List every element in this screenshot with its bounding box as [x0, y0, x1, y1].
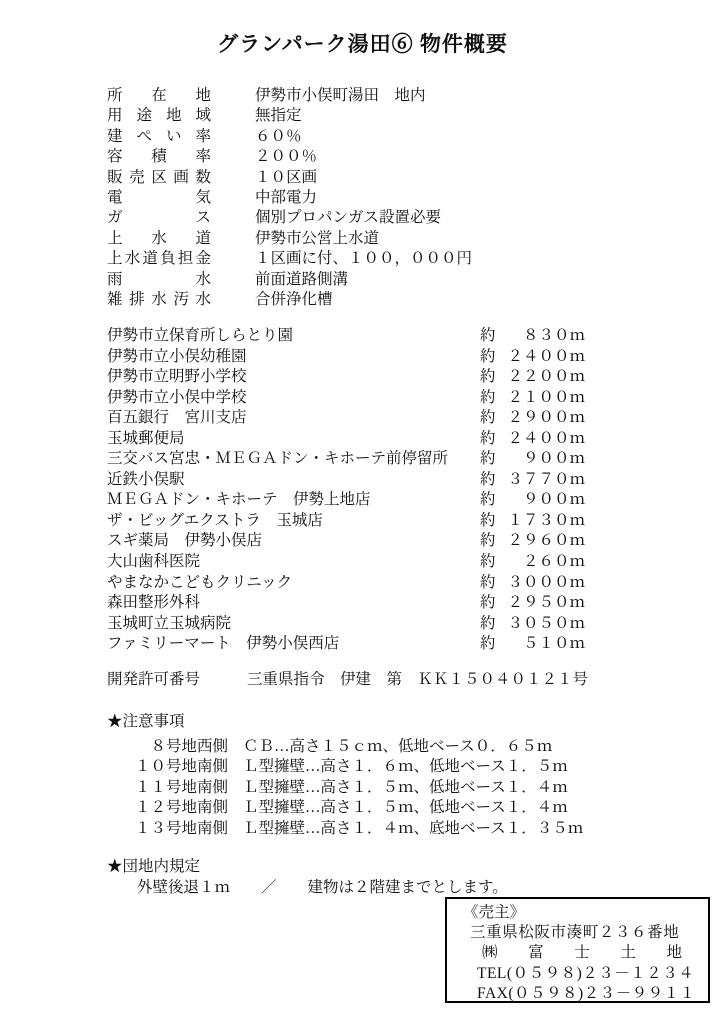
field-value: 伊勢市小俣町湯田 地内	[255, 86, 426, 106]
distance-approx-label: 約	[480, 388, 496, 409]
distance-approx-label: 約	[480, 408, 496, 429]
caution-plot: １２号地南側	[132, 798, 228, 819]
property-detail-row: 建ぺい率 ６０％	[107, 127, 472, 147]
field-value: 中部電力	[255, 188, 317, 208]
field-value: 無指定	[255, 106, 302, 126]
caution-plot: ８号地西側	[132, 737, 228, 758]
facility-name: 伊勢市立小俣中学校	[107, 388, 480, 409]
nearby-facilities-section: 伊勢市立保育所しらとり園 約 ８３０ｍ 伊勢市立小俣幼稚園 約 ２４００ｍ 伊勢…	[107, 326, 585, 655]
distance-approx-label: 約	[480, 347, 496, 368]
estate-rules-text: 外壁後退１ｍ ／ 建物は２階建までとします。	[137, 877, 508, 898]
field-label: 雨水	[107, 270, 211, 290]
facility-distance: ８３０ｍ	[496, 326, 585, 347]
property-detail-row: 容積率 ２００％	[107, 147, 472, 167]
facility-row: 大山歯科医院 約 ２６０ｍ	[107, 552, 585, 573]
property-detail-row: 雨水 前面道路側溝	[107, 270, 472, 290]
distance-approx-label: 約	[480, 511, 496, 532]
facility-distance: ９００ｍ	[496, 490, 585, 511]
field-label: 販売区画数	[107, 168, 211, 188]
seller-heading: 《売主》	[463, 903, 708, 923]
property-detail-row: 上水道負担金 １区画に付、１００，０００円	[107, 249, 472, 269]
caution-spec: Ｌ型擁壁…高さ１．５ｍ、低地ベース１．４ｍ	[243, 778, 568, 799]
facility-distance: ３０５０ｍ	[496, 614, 585, 635]
field-label: 上水道	[107, 229, 211, 249]
facility-distance: ３０００ｍ	[496, 573, 585, 594]
distance-approx-label: 約	[480, 552, 496, 573]
facility-distance: １７３０ｍ	[496, 511, 585, 532]
property-details-section: 所在地 伊勢市小俣町湯田 地内 用途地域 無指定 建ぺい率 ６０％ 容積率 ２０…	[107, 86, 472, 310]
facility-distance: ２９００ｍ	[496, 408, 585, 429]
caution-plot: １０号地南側	[132, 757, 228, 778]
facility-row: ザ・ビッグエクストラ 玉城店 約 １７３０ｍ	[107, 511, 585, 532]
facility-name: 玉城郵便局	[107, 429, 480, 450]
caution-spec: ＣＢ…高さ１５ｃｍ、低地ベース０．６５ｍ	[243, 737, 552, 758]
distance-approx-label: 約	[480, 429, 496, 450]
caution-plot: １１号地南側	[132, 778, 228, 799]
field-label: 建ぺい率	[107, 127, 211, 147]
page-title: グランパーク湯田⑥ 物件概要	[0, 28, 725, 58]
facility-row: 百五銀行 宮川支店 約 ２９００ｍ	[107, 408, 585, 429]
permit-label: 開発許可番号	[107, 670, 247, 690]
field-label: 上水道負担金	[107, 249, 211, 269]
seller-address: 三重県松阪市湊町２３６番地	[470, 923, 708, 943]
distance-approx-label: 約	[480, 367, 496, 388]
facility-name: 森田整形外科	[107, 593, 480, 614]
field-value: ２００％	[255, 147, 317, 167]
facility-row: 森田整形外科 約 ２９５０ｍ	[107, 593, 585, 614]
seller-fax: FAX(０５９８)２３－９９１１	[477, 984, 708, 1004]
facility-name: ザ・ビッグエクストラ 玉城店	[107, 511, 480, 532]
facility-name: 玉城町立玉城病院	[107, 614, 480, 635]
property-detail-row: 雑排水汚水 合併浄化槽	[107, 290, 472, 310]
property-detail-row: 電気 中部電力	[107, 188, 472, 208]
field-label: 雑排水汚水	[107, 290, 211, 310]
seller-tel: TEL(０５９８)２３－１２３４	[477, 964, 708, 984]
cautions-heading: ★注意事項	[107, 712, 583, 733]
caution-item: １２号地南側 Ｌ型擁壁…高さ１．５ｍ、低地ベース１．４ｍ	[132, 798, 583, 819]
facility-name: 大山歯科医院	[107, 552, 480, 573]
facility-row: ファミリーマート 伊勢小俣西店 約 ５１０ｍ	[107, 634, 585, 655]
field-label: 用途地域	[107, 106, 211, 126]
caution-plot: １３号地南側	[132, 819, 228, 840]
facility-row: やまなかこどもクリニック 約 ３０００ｍ	[107, 573, 585, 594]
seller-company-name: ㈱富士土地	[482, 943, 682, 963]
facility-row: 玉城郵便局 約 ２４００ｍ	[107, 429, 585, 450]
field-value: １０区画	[255, 168, 317, 188]
facility-distance: ２９５０ｍ	[496, 593, 585, 614]
caution-item: １１号地南側 Ｌ型擁壁…高さ１．５ｍ、低地ベース１．４ｍ	[132, 778, 583, 799]
distance-approx-label: 約	[480, 326, 496, 347]
facility-row: 伊勢市立小俣幼稚園 約 ２４００ｍ	[107, 347, 585, 368]
field-label: 容積率	[107, 147, 211, 167]
property-detail-row: 用途地域 無指定	[107, 106, 472, 126]
facility-distance: ２１００ｍ	[496, 388, 585, 409]
distance-approx-label: 約	[480, 449, 496, 470]
facility-name: ファミリーマート 伊勢小俣西店	[107, 634, 480, 655]
facility-name: 百五銀行 宮川支店	[107, 408, 480, 429]
facility-row: ＭＥＧＡドン・キホーテ 伊勢上地店 約 ９００ｍ	[107, 490, 585, 511]
seller-info-box: 《売主》 三重県松阪市湊町２３６番地 ㈱富士土地 TEL(０５９８)２３－１２３…	[445, 897, 710, 1003]
estate-rules-heading: ★団地内規定	[107, 856, 508, 877]
distance-approx-label: 約	[480, 490, 496, 511]
facility-distance: ２４００ｍ	[496, 429, 585, 450]
field-value: 合併浄化槽	[255, 290, 333, 310]
facility-row: 伊勢市立保育所しらとり園 約 ８３０ｍ	[107, 326, 585, 347]
facility-distance: ２９６０ｍ	[496, 531, 585, 552]
caution-spec: Ｌ型擁壁…高さ１．５ｍ、低地ベース１．４ｍ	[243, 798, 568, 819]
facility-distance: ２２００ｍ	[496, 367, 585, 388]
permit-number: 三重県指令 伊建 第 ＫＫ１５０４０１２１号	[247, 670, 588, 690]
estate-rules-section: ★団地内規定 外壁後退１ｍ ／ 建物は２階建までとします。	[107, 856, 508, 898]
facility-row: 玉城町立玉城病院 約 ３０５０ｍ	[107, 614, 585, 635]
property-detail-row: ガス 個別プロパンガス設置必要	[107, 208, 472, 228]
cautions-section: ★注意事項 ８号地西側 ＣＢ…高さ１５ｃｍ、低地ベース０．６５ｍ １０号地南側 …	[107, 712, 583, 839]
facility-name: 三交バス宮忠・ＭＥＧＡドン・キホーテ前停留所	[107, 449, 480, 470]
distance-approx-label: 約	[480, 531, 496, 552]
facility-distance: ２６０ｍ	[496, 552, 585, 573]
facility-name: 近鉄小俣駅	[107, 470, 480, 491]
facility-name: 伊勢市立明野小学校	[107, 367, 480, 388]
facility-name: ＭＥＧＡドン・キホーテ 伊勢上地店	[107, 490, 480, 511]
facility-name: 伊勢市立保育所しらとり園	[107, 326, 480, 347]
field-value: 前面道路側溝	[255, 270, 348, 290]
facility-name: やまなかこどもクリニック	[107, 573, 480, 594]
facility-name: 伊勢市立小俣幼稚園	[107, 347, 480, 368]
property-detail-row: 所在地 伊勢市小俣町湯田 地内	[107, 86, 472, 106]
cautions-list: ８号地西側 ＣＢ…高さ１５ｃｍ、低地ベース０．６５ｍ １０号地南側 Ｌ型擁壁…高…	[107, 737, 583, 840]
caution-item: ８号地西側 ＣＢ…高さ１５ｃｍ、低地ベース０．６５ｍ	[132, 737, 583, 758]
caution-item: １３号地南側 Ｌ型擁壁…高さ１．４ｍ、底地ベース１．３５ｍ	[132, 819, 583, 840]
facility-row: 伊勢市立明野小学校 約 ２２００ｍ	[107, 367, 585, 388]
distance-approx-label: 約	[480, 614, 496, 635]
field-value: ６０％	[255, 127, 302, 147]
caution-item: １０号地南側 Ｌ型擁壁…高さ１．６ｍ、低地ベース１．５ｍ	[132, 757, 583, 778]
facility-row: スギ薬局 伊勢小俣店 約 ２９６０ｍ	[107, 531, 585, 552]
property-overview-document: グランパーク湯田⑥ 物件概要 所在地 伊勢市小俣町湯田 地内 用途地域 無指定 …	[0, 0, 725, 1024]
facility-row: 三交バス宮忠・ＭＥＧＡドン・キホーテ前停留所 約 ９００ｍ	[107, 449, 585, 470]
facility-row: 近鉄小俣駅 約 ３７７０ｍ	[107, 470, 585, 491]
facility-distance: ５１０ｍ	[496, 634, 585, 655]
distance-approx-label: 約	[480, 573, 496, 594]
field-value: １区画に付、１００，０００円	[255, 249, 472, 269]
field-value: 伊勢市公営上水道	[255, 229, 379, 249]
field-value: 個別プロパンガス設置必要	[255, 208, 441, 228]
property-detail-row: 上水道 伊勢市公営上水道	[107, 229, 472, 249]
distance-approx-label: 約	[480, 593, 496, 614]
facility-row: 伊勢市立小俣中学校 約 ２１００ｍ	[107, 388, 585, 409]
field-label: ガス	[107, 208, 211, 228]
caution-spec: Ｌ型擁壁…高さ１．６ｍ、低地ベース１．５ｍ	[243, 757, 568, 778]
distance-approx-label: 約	[480, 634, 496, 655]
caution-spec: Ｌ型擁壁…高さ１．４ｍ、底地ベース１．３５ｍ	[243, 819, 583, 840]
distance-approx-label: 約	[480, 470, 496, 491]
property-detail-row: 販売区画数 １０区画	[107, 168, 472, 188]
development-permit-row: 開発許可番号 三重県指令 伊建 第 ＫＫ１５０４０１２１号	[107, 670, 588, 690]
facility-distance: ９００ｍ	[496, 449, 585, 470]
field-label: 所在地	[107, 86, 211, 106]
facility-distance: ２４００ｍ	[496, 347, 585, 368]
facility-name: スギ薬局 伊勢小俣店	[107, 531, 480, 552]
field-label: 電気	[107, 188, 211, 208]
facility-distance: ３７７０ｍ	[496, 470, 585, 491]
